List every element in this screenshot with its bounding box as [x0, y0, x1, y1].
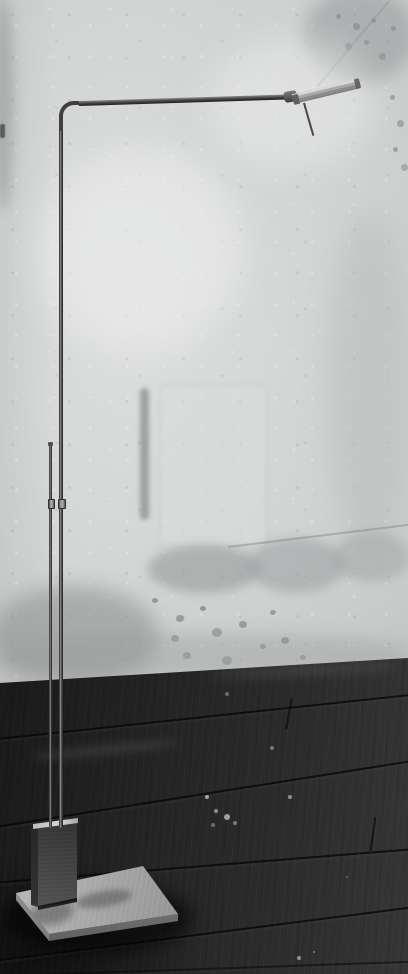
lamp-stem	[59, 118, 64, 828]
dimmer-rod-cap	[48, 442, 53, 447]
lamp-head	[291, 78, 360, 104]
dimmer-rod-connector	[48, 499, 56, 509]
stem-connector	[58, 499, 67, 509]
lamp-arm	[79, 94, 291, 105]
base-block-side-face	[31, 823, 39, 908]
lamp-cord	[303, 103, 314, 136]
base-block-front-face	[38, 821, 78, 908]
floor-lamp	[0, 0, 408, 974]
photo-scene	[0, 0, 408, 974]
